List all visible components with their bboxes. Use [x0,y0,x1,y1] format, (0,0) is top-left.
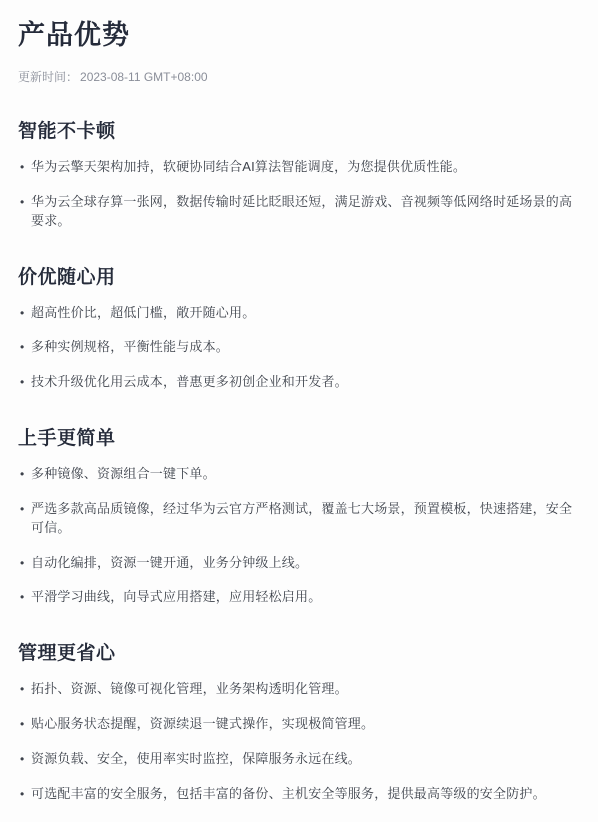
bullet-dot-icon: • [18,500,31,519]
bullet-text: 自动化编排，资源一键开通，业务分钟级上线。 [31,554,584,573]
content-section: 上手更简单 • 多种镜像、资源组合一键下单。 • 严选多款高品质镜像，经过华为云… [18,423,584,607]
bullet-dot-icon: • [18,465,31,484]
section-heading: 价优随心用 [18,262,584,289]
bullet-text: 可选配丰富的安全服务，包括丰富的备份、主机安全等服务，提供最高等级的安全防护。 [31,785,584,804]
bullet-list: • 超高性价比，超低门槛，敞开随心用。 • 多种实例规格，平衡性能与成本。 • … [18,304,584,393]
content-section: 管理更省心 • 拓扑、资源、镜像可视化管理，业务架构透明化管理。 • 贴心服务状… [18,638,584,803]
bullet-item: • 严选多款高品质镜像，经过华为云官方严格测试，覆盖七大场景，预置模板，快速搭建… [18,500,584,538]
bullet-item: • 拓扑、资源、镜像可视化管理，业务架构透明化管理。 [18,680,584,699]
page-title: 产品优势 [18,13,584,52]
bullet-dot-icon: • [18,158,31,177]
bullet-text: 技术升级优化用云成本，普惠更多初创企业和开发者。 [31,373,584,392]
bullet-item: • 华为云擎天架构加持，软硬协同结合AI算法智能调度，为您提供优质性能。 [18,158,584,177]
bullet-item: • 自动化编排，资源一键开通，业务分钟级上线。 [18,554,584,573]
bullet-dot-icon: • [18,304,31,323]
bullet-text: 超高性价比，超低门槛，敞开随心用。 [31,304,584,323]
bullet-text: 多种实例规格，平衡性能与成本。 [31,338,584,357]
bullet-dot-icon: • [18,785,31,804]
bullet-item: • 多种镜像、资源组合一键下单。 [18,465,584,484]
content-section: 智能不卡顿 • 华为云擎天架构加持，软硬协同结合AI算法智能调度，为您提供优质性… [18,116,584,231]
section-heading: 智能不卡顿 [18,116,584,143]
bullet-dot-icon: • [18,373,31,392]
bullet-dot-icon: • [18,193,31,212]
bullet-text: 平滑学习曲线，向导式应用搭建，应用轻松启用。 [31,588,584,607]
bullet-text: 资源负载、安全，使用率实时监控，保障服务永远在线。 [31,750,584,769]
bullet-list: • 多种镜像、资源组合一键下单。 • 严选多款高品质镜像，经过华为云官方严格测试… [18,465,584,607]
update-time-value: 2023-08-11 GMT+08:00 [80,70,208,84]
bullet-item: • 技术升级优化用云成本，普惠更多初创企业和开发者。 [18,373,584,392]
bullet-dot-icon: • [18,338,31,357]
section-heading: 管理更省心 [18,638,584,665]
section-heading: 上手更简单 [18,423,584,450]
content-section: 价优随心用 • 超高性价比，超低门槛，敞开随心用。 • 多种实例规格，平衡性能与… [18,262,584,393]
bullet-dot-icon: • [18,715,31,734]
bullet-dot-icon: • [18,588,31,607]
update-time-label: 更新时间： [18,70,78,84]
sections-container: 智能不卡顿 • 华为云擎天架构加持，软硬协同结合AI算法智能调度，为您提供优质性… [18,116,584,804]
bullet-item: • 贴心服务状态提醒，资源续退一键式操作，实现极简管理。 [18,715,584,734]
update-time: 更新时间：2023-08-11 GMT+08:00 [18,68,584,85]
bullet-item: • 超高性价比，超低门槛，敞开随心用。 [18,304,584,323]
bullet-text: 华为云全球存算一张网，数据传输时延比眨眼还短，满足游戏、音视频等低网络时延场景的… [31,193,584,231]
bullet-dot-icon: • [18,554,31,573]
bullet-text: 华为云擎天架构加持，软硬协同结合AI算法智能调度，为您提供优质性能。 [31,158,584,177]
bullet-text: 贴心服务状态提醒，资源续退一键式操作，实现极简管理。 [31,715,584,734]
document-page: 产品优势 更新时间：2023-08-11 GMT+08:00 智能不卡顿 • 华… [0,0,598,822]
bullet-dot-icon: • [18,750,31,769]
bullet-item: • 资源负载、安全，使用率实时监控，保障服务永远在线。 [18,750,584,769]
bullet-list: • 华为云擎天架构加持，软硬协同结合AI算法智能调度，为您提供优质性能。 • 华… [18,158,584,231]
bullet-item: • 多种实例规格，平衡性能与成本。 [18,338,584,357]
bullet-item: • 可选配丰富的安全服务，包括丰富的备份、主机安全等服务，提供最高等级的安全防护… [18,785,584,804]
bullet-dot-icon: • [18,680,31,699]
bullet-text: 严选多款高品质镜像，经过华为云官方严格测试，覆盖七大场景，预置模板，快速搭建，安… [31,500,584,538]
bullet-item: • 平滑学习曲线，向导式应用搭建，应用轻松启用。 [18,588,584,607]
bullet-text: 多种镜像、资源组合一键下单。 [31,465,584,484]
bullet-text: 拓扑、资源、镜像可视化管理，业务架构透明化管理。 [31,680,584,699]
bullet-item: • 华为云全球存算一张网，数据传输时延比眨眼还短，满足游戏、音视频等低网络时延场… [18,193,584,231]
bullet-list: • 拓扑、资源、镜像可视化管理，业务架构透明化管理。 • 贴心服务状态提醒，资源… [18,680,584,803]
